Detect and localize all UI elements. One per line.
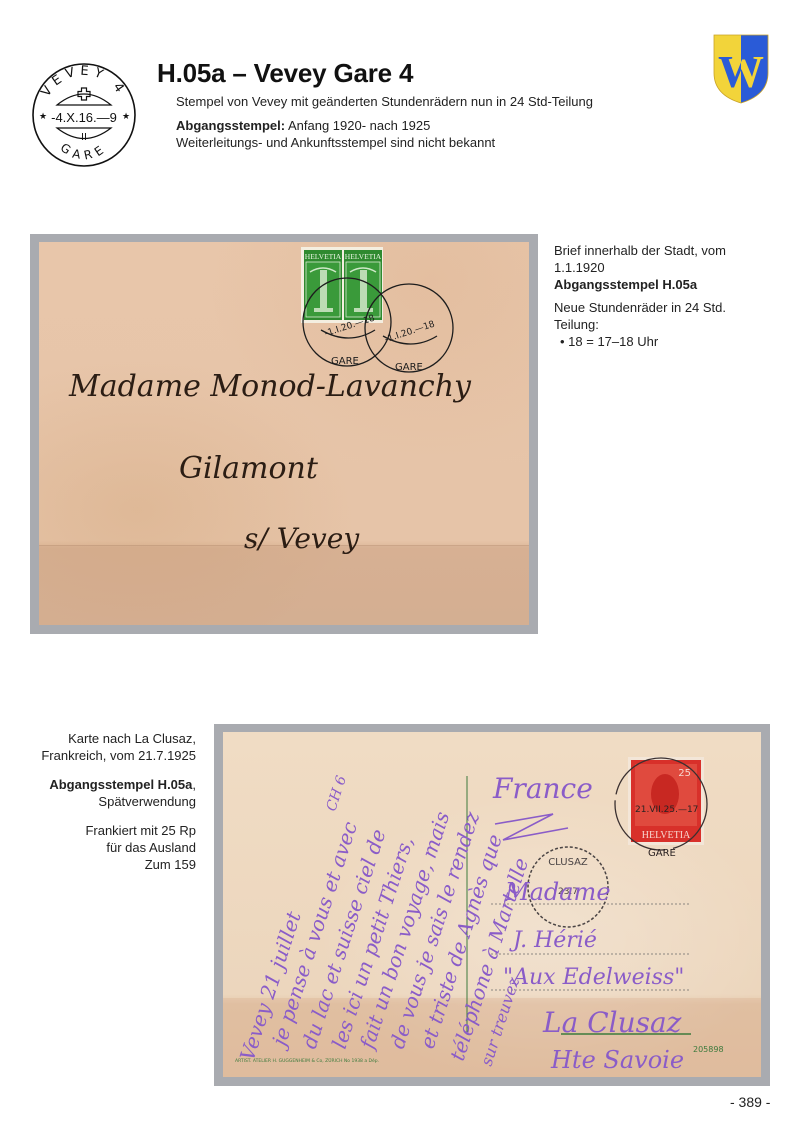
postmark-hour-mark: II (81, 132, 87, 143)
page-title: H.05a – Vevey Gare 4 (157, 58, 413, 89)
address-line: La Clusaz (542, 1006, 682, 1039)
page-subtitle: Stempel von Vevey mit geänderten Stunden… (176, 94, 593, 109)
caption-bold: Abgangsstempel H.05a (49, 777, 192, 792)
address-line: "Aux Edelweiss" (503, 965, 684, 990)
postmark-date: 21.VII.25.—17 (635, 805, 698, 815)
card-number: 205898 (693, 1045, 724, 1054)
postcard-image-frame: 25 HELVETIA 21.VII.25.—17 GARE CLUSAZ 23… (214, 724, 770, 1086)
arrival-postmark-text: CLUSAZ (548, 857, 588, 868)
address-line: Madame Monod-Lavanchy (68, 369, 472, 404)
envelope-image: HELVETIA HELVETIA (39, 242, 529, 625)
address-line: s/ Vevey (244, 522, 360, 555)
page-number: - 389 - (730, 1094, 770, 1110)
address-line: France (492, 772, 593, 805)
info-block: Abgangsstempel: Anfang 1920- nach 1925 W… (176, 117, 495, 151)
address-line: J. Hérié (509, 928, 597, 953)
svg-text:GARE: GARE (58, 140, 110, 162)
envelope-contents: HELVETIA HELVETIA (39, 242, 529, 625)
postcard-contents: 25 HELVETIA 21.VII.25.—17 GARE CLUSAZ 23… (223, 732, 761, 1077)
svg-text:GARE: GARE (648, 848, 676, 859)
svg-text:HELVETIA: HELVETIA (305, 252, 342, 261)
address-line: Gilamont (179, 451, 319, 486)
postcard-image: 25 HELVETIA 21.VII.25.—17 GARE CLUSAZ 23… (223, 732, 761, 1077)
svg-text:HELVETIA: HELVETIA (345, 252, 382, 261)
envelope-caption: Brief innerhalb der Stadt, vom 1.1.1920 … (554, 242, 764, 350)
corner-note: CH 6 (324, 774, 350, 814)
handwritten-address: Madame Monod-Lavanchy Gilamont s/ Vevey (68, 369, 472, 555)
caption-bold: Abgangsstempel H.05a (554, 276, 764, 293)
svg-text:GARE: GARE (331, 356, 359, 367)
forwarding-note: Weiterleitungs- und Ankunftsstempel sind… (176, 134, 495, 151)
vevey-coat-of-arms-icon: W W (712, 33, 770, 105)
stamp: HELVETIA (344, 250, 382, 320)
svg-text:★: ★ (122, 111, 130, 121)
handwritten-message: Vevey 21 juillet je pense à vous et avec… (235, 774, 533, 1069)
postmark-date: -4.X.16.—9 (51, 110, 117, 125)
address-line: Hte Savoie (550, 1046, 684, 1074)
departure-label: Abgangsstempel: (176, 118, 285, 133)
caption-bullet: • 18 = 17–18 Uhr (554, 333, 764, 350)
envelope-image-frame: HELVETIA HELVETIA (30, 234, 538, 634)
postcard-caption: Karte nach La Clusaz, Frankreich, vom 21… (30, 730, 196, 873)
postmark-stamp-icon: VEVEY 4 -4.X.16.—9 II ★ ★ GARE (30, 61, 138, 169)
postmark-bottom-text: GARE (58, 140, 110, 162)
svg-text:★: ★ (39, 111, 47, 121)
publisher-imprint: ARTIST. ATELIER H. GUGGENHEIM & Co, ZÜRI… (235, 1057, 379, 1064)
svg-text:HELVETIA: HELVETIA (642, 830, 691, 841)
svg-text:25: 25 (678, 768, 691, 779)
departure-value: Anfang 1920- nach 1925 (285, 118, 430, 133)
